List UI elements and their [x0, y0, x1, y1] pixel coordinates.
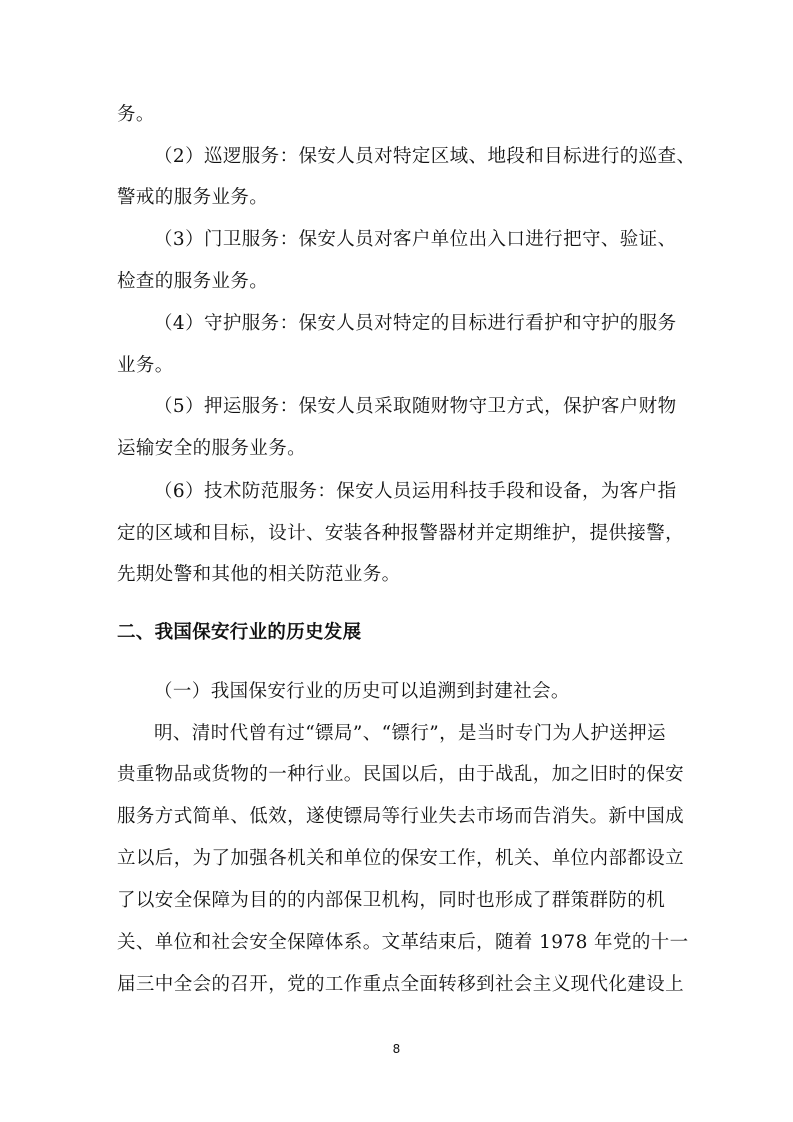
paragraph-line: 贵重物品或货物的一种行业。民国以后，由于战乱，加之旧时的保安	[117, 763, 684, 787]
paragraph-line: 立以后，为了加强各机关和单位的保安工作，机关、单位内部都设立	[117, 847, 684, 871]
text-line: 先期处警和其他的相关防范业务。	[117, 563, 401, 587]
paragraph-line: 届三中全会的召开，党的工作重点全面转移到社会主义现代化建设上	[117, 973, 684, 997]
list-item-patrol: （2）巡逻服务：保安人员对特定区域、地段和目标进行的巡查、	[154, 145, 695, 169]
paragraph-line: 了以安全保障为目的的内部保卫机构，同时也形成了群策群防的机	[117, 889, 665, 913]
page-number: 8	[0, 1042, 793, 1056]
section-heading: 二、我国保安行业的历史发展	[117, 621, 361, 645]
text-line: 检查的服务业务。	[117, 270, 268, 294]
text-line: 定的区域和目标，设计、安装各种报警器材并定期维护，提供接警，	[117, 522, 684, 546]
paragraph-line: 服务方式简单、低效，遂使镖局等行业失去市场而告消失。新中国成	[117, 805, 684, 829]
text-line: 务。	[117, 103, 155, 127]
subsection-heading: （一）我国保安行业的历史可以追溯到封建社会。	[154, 680, 570, 704]
list-item-escort: （5）押运服务：保安人员采取随财物守卫方式，保护客户财物	[154, 395, 676, 419]
list-item-guarding: （4）守护服务：保安人员对特定的目标进行看护和守护的服务	[154, 312, 676, 336]
list-item-tech-prevention: （6）技术防范服务：保安人员运用科技手段和设备，为客户指	[154, 480, 676, 504]
text-line: 业务。	[117, 354, 174, 378]
list-item-gate-guard: （3）门卫服务：保安人员对客户单位出入口进行把守、验证、	[154, 228, 676, 252]
paragraph-line: 明、清时代曾有过“镖局”、“镖行”，是当时专门为人护送押运	[154, 722, 666, 746]
text-line: 警戒的服务业务。	[117, 186, 268, 210]
text-line: 运输安全的服务业务。	[117, 437, 306, 461]
paragraph-line: 关、单位和社会安全保障体系。文革结束后，随着 1978 年党的十一	[117, 931, 689, 955]
